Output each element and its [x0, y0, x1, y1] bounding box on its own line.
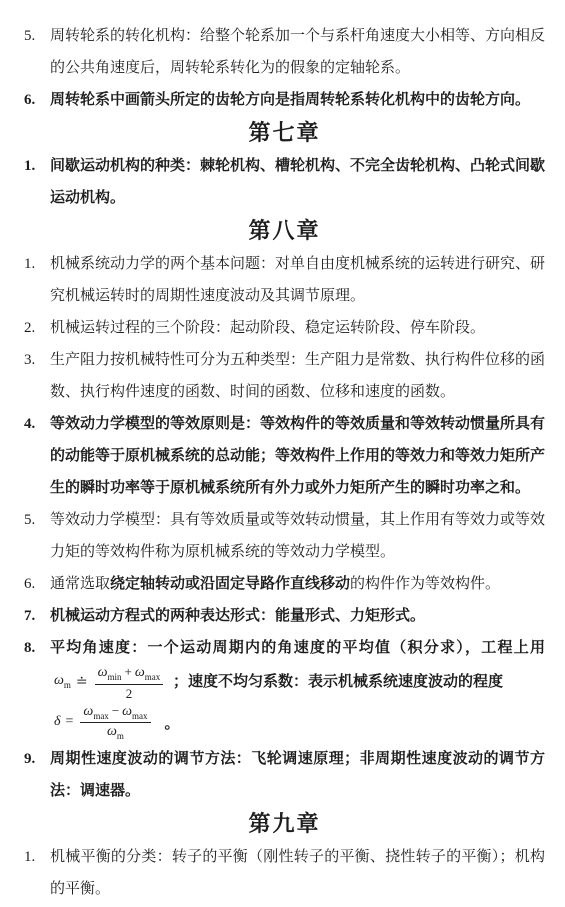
item-text: 生产阻力按机械特性可分为五种类型：生产阻力是常数、执行构件位移的函数、执行构件速…: [50, 344, 545, 408]
item-text: 机械平衡的分类：转子的平衡（刚性转子的平衡、挠性转子的平衡）；机构的平衡。: [50, 841, 545, 905]
list-item: 1. 间歇运动机构的种类：棘轮机构、槽轮机构、不完全齿轮机构、凸轮式间歇运动机构…: [24, 150, 545, 214]
item-number: 6.: [24, 568, 50, 600]
item-number: 8.: [24, 632, 50, 664]
item-number: 1.: [24, 248, 50, 280]
list-item: 9. 周期性速度波动的调节方法：飞轮调速原理；非周期性速度波动的调节方法：调速器…: [24, 743, 545, 807]
list-item: 6. 通常选取绕定轴转动或沿固定导路作直线移动的构件作为等效构件。: [24, 568, 545, 600]
list-item: 8. 平均角速度：一个运动周期内的角速度的平均值（积分求），工程上用 ωm ≐ …: [24, 632, 545, 743]
item-number: 6.: [24, 84, 50, 116]
item-number: 1.: [24, 150, 50, 182]
math-variable: ωm: [54, 665, 71, 701]
item-text: 间歇运动机构的种类：棘轮机构、槽轮机构、不完全齿轮机构、凸轮式间歇运动机构。: [50, 150, 545, 214]
item-text: 等效动力学模型：具有等效质量或等效转动惯量，其上作用有等效力或等效力矩的等效构件…: [50, 504, 545, 568]
item-text: 等效动力学模型的等效原则是：等效构件的等效质量和等效转动惯量所具有的动能等于原机…: [50, 408, 545, 504]
list-item: 4. 等效动力学模型的等效原则是：等效构件的等效质量和等效转动惯量所具有的动能等…: [24, 408, 545, 504]
chapter-heading-8: 第八章: [24, 214, 545, 248]
item-text: 机械系统动力学的两个基本问题：对单自由度机械系统的运转进行研究、研究机械运转时的…: [50, 248, 545, 312]
list-item: 1. 机械平衡的分类：转子的平衡（刚性转子的平衡、挠性转子的平衡）；机构的平衡。: [24, 841, 545, 905]
math-variable: δ: [54, 714, 61, 730]
item-number: 4.: [24, 408, 50, 440]
formula-mean-angular-velocity: ωm ≐ ωmin + ωmax 2: [54, 664, 165, 701]
item-text: 周转轮系中画箭头所定的齿轮方向是指周转轮系转化机构中的齿轮方向。: [50, 84, 545, 116]
item-text: 机械运转过程的三个阶段：起动阶段、稳定运转阶段、停车阶段。: [50, 312, 545, 344]
item-text-segment: 通常选取: [50, 576, 110, 592]
formula-line: δ = ωmax − ωmax ωm 。: [50, 701, 545, 743]
item-number: 5.: [24, 20, 50, 52]
list-item: 7. 机械运动方程式的两种表达形式：能量形式、力矩形式。: [24, 600, 545, 632]
item-text-segment: 的构件作为等效构件。: [350, 576, 500, 592]
list-item: 3. 生产阻力按机械特性可分为五种类型：生产阻力是常数、执行构件位移的函数、执行…: [24, 344, 545, 408]
item-number: 1.: [24, 841, 50, 873]
item-text: 周转轮系的转化机构：给整个轮系加一个与系杆角速度大小相等、方向相反的公共角速度后…: [50, 20, 545, 84]
item-number: 2.: [24, 312, 50, 344]
item-text-segment-bold: 绕定轴转动或沿固定导路作直线移动: [110, 576, 350, 592]
item-number: 9.: [24, 743, 50, 775]
item-text-segment: ；速度不均匀系数：表示机械系统速度波动的程度: [173, 674, 503, 690]
formula-speed-fluctuation-coefficient: δ = ωmax − ωmax ωm: [54, 703, 153, 742]
list-item: 5. 周转轮系的转化机构：给整个轮系加一个与系杆角速度大小相等、方向相反的公共角…: [24, 20, 545, 84]
item-text-segment: 平均角速度：一个运动周期内的角速度的平均值（积分求），工程上用: [50, 640, 545, 656]
item-number: 5.: [24, 504, 50, 536]
item-number: 7.: [24, 600, 50, 632]
math-fraction: ωmax − ωmax ωm: [80, 703, 150, 742]
chapter-heading-7: 第七章: [24, 116, 545, 150]
item-number: 3.: [24, 344, 50, 376]
item-text: 机械运动方程式的两种表达形式：能量形式、力矩形式。: [50, 600, 545, 632]
list-item: 1. 机械系统动力学的两个基本问题：对单自由度机械系统的运转进行研究、研究机械运…: [24, 248, 545, 312]
chapter-heading-9: 第九章: [24, 807, 545, 841]
item-text: 平均角速度：一个运动周期内的角速度的平均值（积分求），工程上用 ωm ≐ ωmi…: [50, 632, 545, 743]
item-text: 通常选取绕定轴转动或沿固定导路作直线移动的构件作为等效构件。: [50, 568, 545, 600]
math-relation: ≐: [76, 667, 88, 699]
list-item: 5. 等效动力学模型：具有等效质量或等效转动惯量，其上作用有等效力或等效力矩的等…: [24, 504, 545, 568]
list-item: 2. 机械运转过程的三个阶段：起动阶段、稳定运转阶段、停车阶段。: [24, 312, 545, 344]
list-item: 6. 周转轮系中画箭头所定的齿轮方向是指周转轮系转化机构中的齿轮方向。: [24, 84, 545, 116]
item-text: 周期性速度波动的调节方法：飞轮调速原理；非周期性速度波动的调节方法：调速器。: [50, 743, 545, 807]
document-page: 5. 周转轮系的转化机构：给整个轮系加一个与系杆角速度大小相等、方向相反的公共角…: [0, 0, 565, 907]
math-relation: =: [66, 714, 74, 730]
item-text-segment: 。: [165, 712, 180, 733]
math-fraction: ωmin + ωmax 2: [95, 664, 164, 701]
